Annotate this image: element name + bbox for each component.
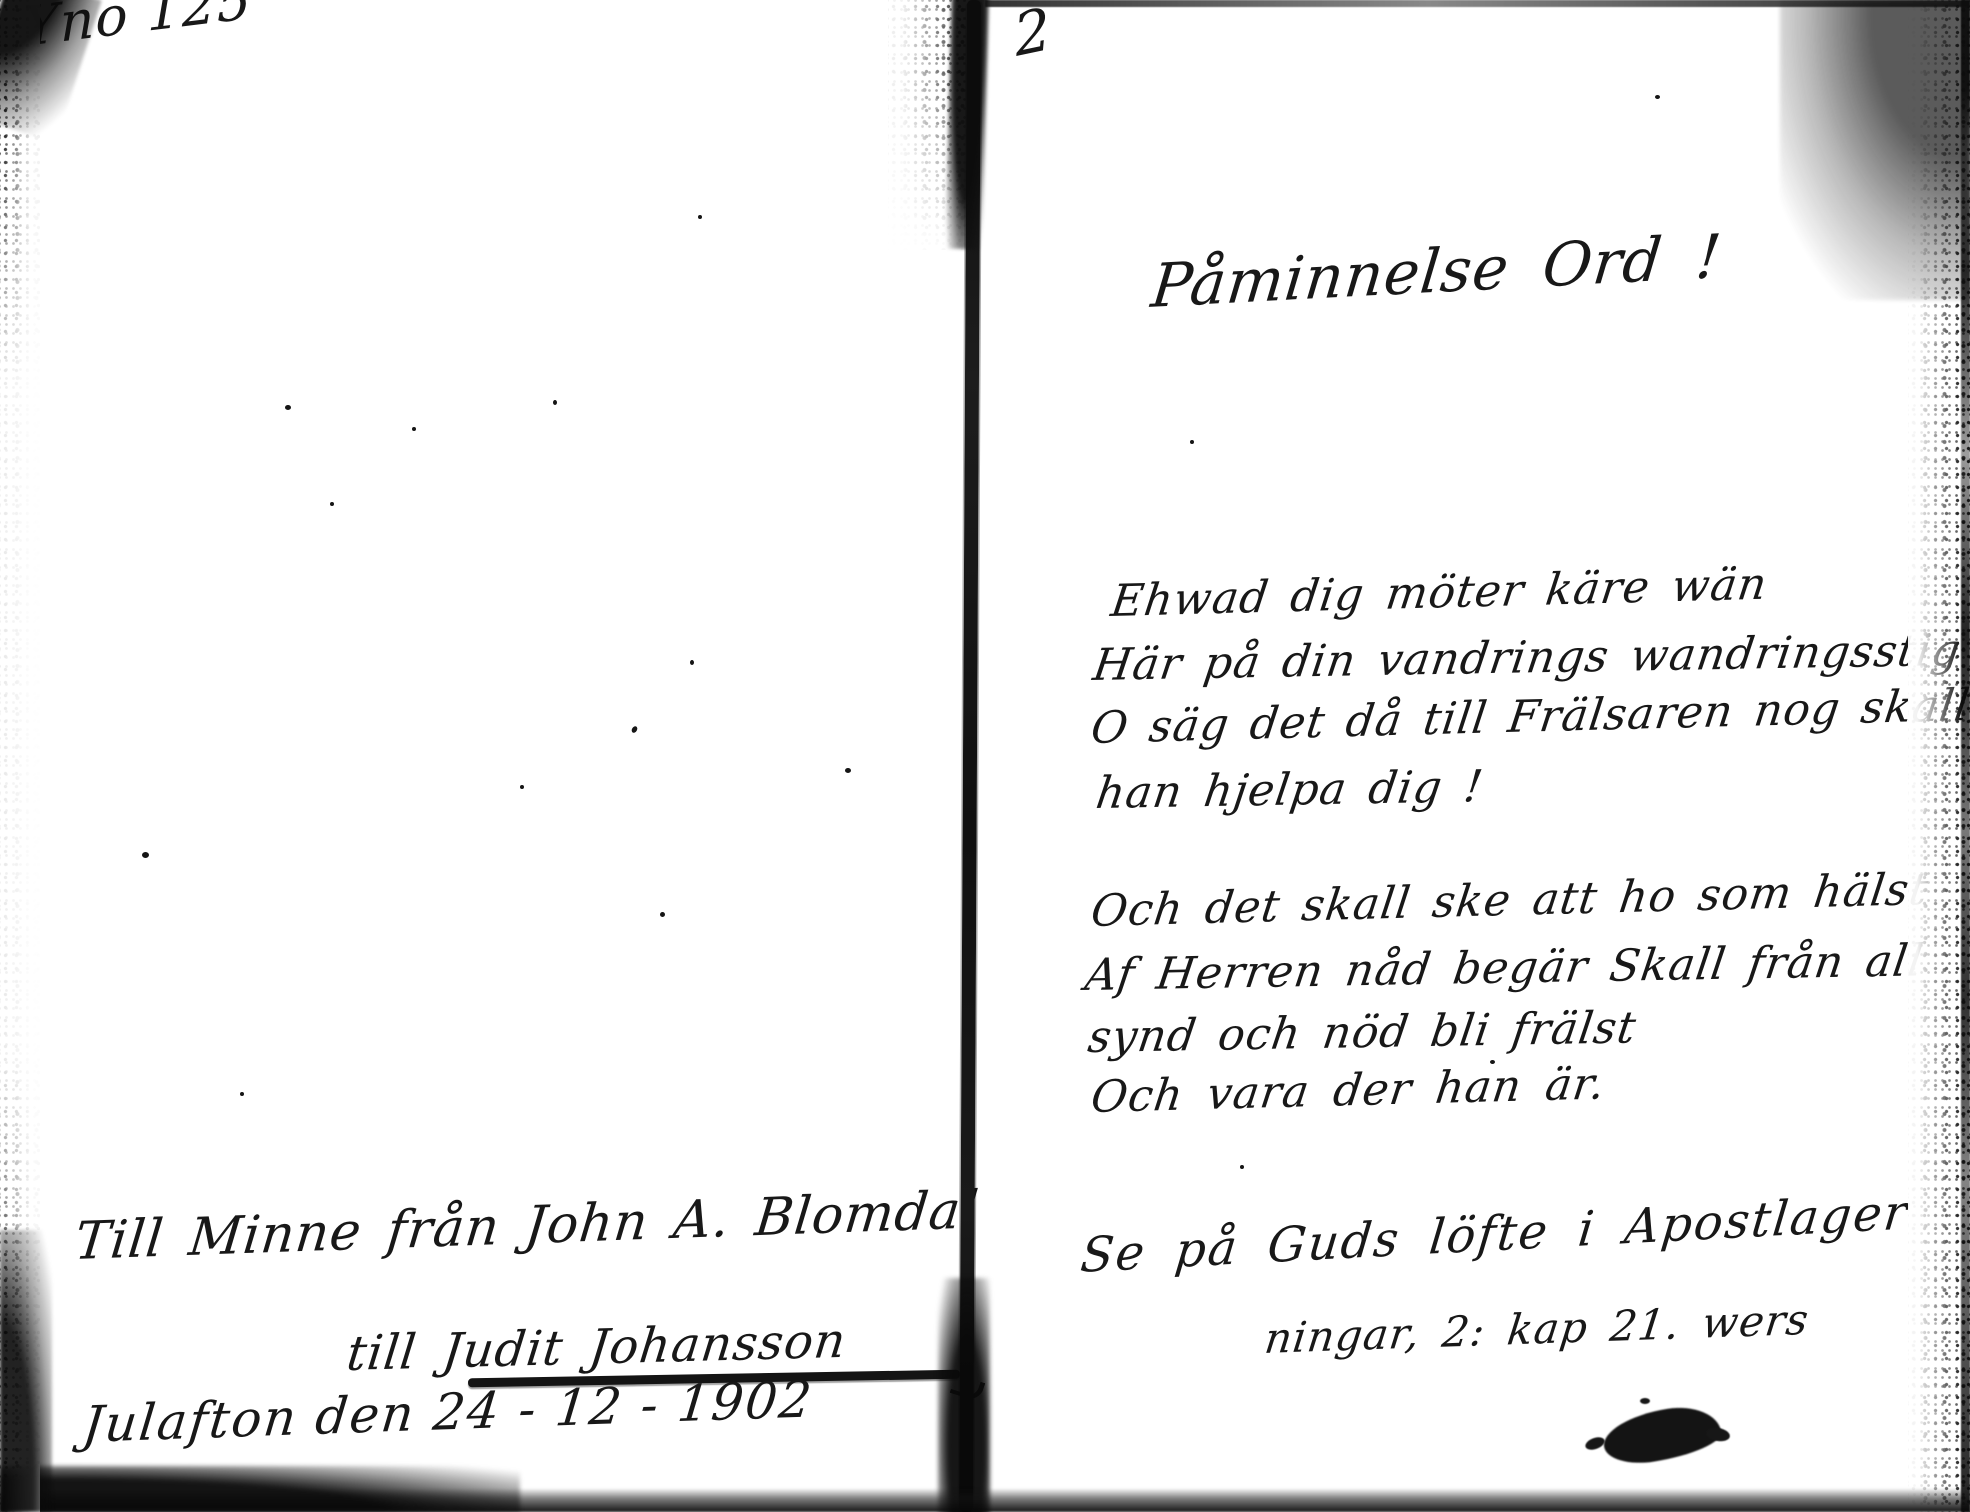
poem-stanza2-line2: Af Herren nåd begär Skall från all xyxy=(1082,935,1927,1001)
dust-speck xyxy=(240,1092,244,1096)
poem-stanza1-line1: Ehwad dig möter käre wän xyxy=(1108,559,1771,627)
dedication-line-date: Julafton den 24 - 12 - 1902 xyxy=(80,1370,816,1454)
dust-speck xyxy=(660,912,665,917)
scripture-reference-line2: ningar, 2: kap 21. wers xyxy=(1262,1295,1812,1363)
dust-speck xyxy=(285,405,291,410)
dust-speck xyxy=(1655,95,1660,99)
top-right-corner-smudge xyxy=(1780,0,1970,300)
dedication-line-from: Till Minne från John A. Blomdal xyxy=(72,1180,982,1272)
top-edge-line xyxy=(985,0,1970,7)
bottom-left-corner-smudge xyxy=(0,1466,520,1512)
name-underline xyxy=(468,1370,960,1388)
dust-speck xyxy=(1190,440,1194,444)
poem-stanza1-line2: Här på din vandrings wandringsstig xyxy=(1090,625,1964,691)
dust-speck xyxy=(330,502,334,506)
spine-bottom-smudge xyxy=(938,1278,990,1512)
poem-title: Påminnelse Ord ! xyxy=(1148,222,1725,322)
dust-speck xyxy=(845,768,851,773)
dust-speck xyxy=(631,725,639,734)
poem-stanza2-line3: synd och nöd bli frälst xyxy=(1085,1002,1640,1063)
dust-speck xyxy=(142,852,149,858)
ink-blot-satellite xyxy=(1640,1398,1650,1404)
page-number: 2 xyxy=(1011,0,1055,70)
spine-top-smudge xyxy=(945,0,990,249)
scripture-reference-line1: Se på Guds löfte i Apostlager xyxy=(1078,1184,1912,1284)
dust-speck xyxy=(553,400,557,405)
dust-speck xyxy=(1490,1060,1495,1064)
poem-stanza2-line1: Och det skall ske att ho som hälst xyxy=(1088,864,1931,937)
dust-speck xyxy=(520,785,524,789)
dust-speck xyxy=(1240,1165,1244,1169)
dust-speck xyxy=(412,427,416,431)
scanned-book-spread: Ynö 125 Till Minne från John A. Blomdal … xyxy=(0,0,1970,1512)
dust-speck xyxy=(690,660,694,665)
poem-stanza2-line4: Och vara der han är. xyxy=(1088,1058,1608,1123)
top-left-corner-smudge xyxy=(0,0,102,143)
poem-stanza1-line4: han hjelpa dig ! xyxy=(1093,761,1487,819)
ink-blot-satellite xyxy=(1584,1435,1607,1452)
poem-stanza1-line3: O säg det då till Frälsaren nog skall xyxy=(1088,680,1970,754)
bottom-left-edge-smudge xyxy=(0,1230,52,1512)
dedication-line-to: till Judit Johansson xyxy=(344,1313,849,1382)
dust-speck xyxy=(698,215,702,219)
